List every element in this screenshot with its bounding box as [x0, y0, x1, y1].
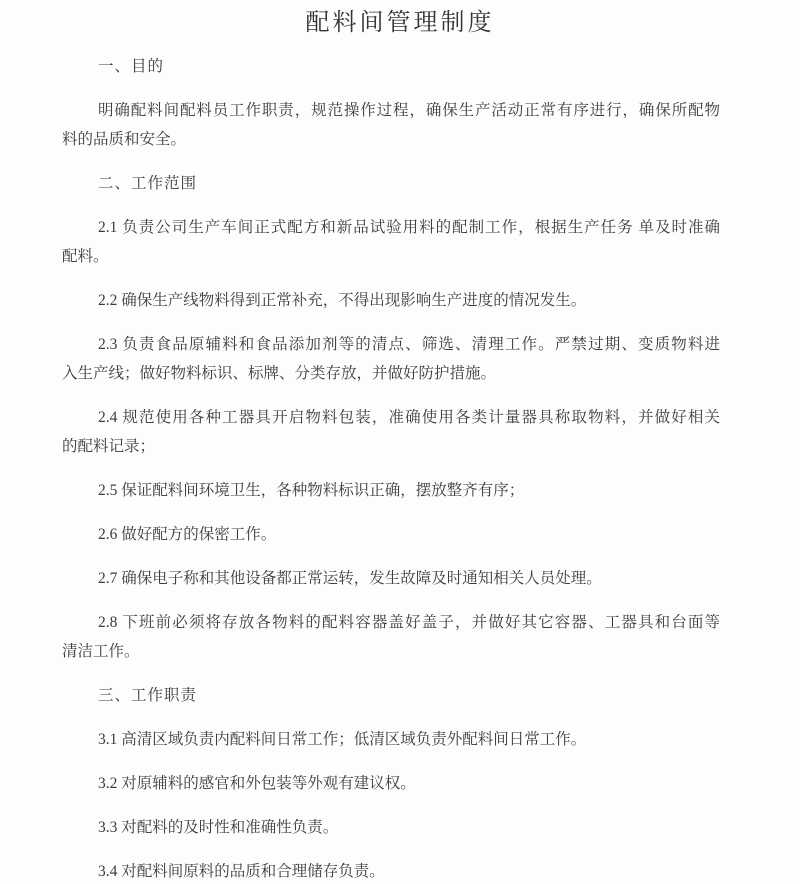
paragraph: 3.4 对配料间原料的品质和合理储存负责。	[62, 857, 720, 884]
paragraph: 2.1 负责公司生产车间正式配方和新品试验用料的配制工作，根据生产任务 单及时准…	[62, 213, 720, 271]
text-line: 2.6 做好配方的保密工作。	[62, 520, 720, 549]
section-heading: 三、工作职责	[62, 681, 720, 710]
text-line: 2.4 规范使用各种工器具开启物料包装，准确使用各类计量器具称取物料，并做好相关	[62, 403, 720, 432]
paragraph: 3.3 对配料的及时性和准确性负责。	[62, 813, 720, 842]
text-line: 2.8 下班前必须将存放各物料的配料容器盖好盖子，并做好其它容器、工器具和台面等	[62, 608, 720, 637]
text-line: 2.1 负责公司生产车间正式配方和新品试验用料的配制工作，根据生产任务 单及时准…	[62, 213, 720, 242]
paragraph: 2.7 确保电子称和其他设备都正常运转，发生故障及时通知相关人员处理。	[62, 564, 720, 593]
paragraph: 2.3 负责食品原辅料和食品添加剂等的清点、筛选、清理工作。严禁过期、变质物料进…	[62, 330, 720, 388]
section-heading: 一、目的	[62, 52, 720, 81]
paragraph: 3.1 高清区域负责内配料间日常工作；低清区域负责外配料间日常工作。	[62, 725, 720, 754]
paragraph: 2.2 确保生产线物料得到正常补充，不得出现影响生产进度的情况发生。	[62, 286, 720, 315]
paragraph: 2.5 保证配料间环境卫生，各种物料标识正确，摆放整齐有序；	[62, 476, 720, 505]
text-line: 3.1 高清区域负责内配料间日常工作；低清区域负责外配料间日常工作。	[62, 725, 720, 754]
text-line: 料的品质和安全。	[62, 125, 720, 154]
text-line: 入生产线；做好物料标识、标牌、分类存放，并做好防护措施。	[62, 359, 720, 388]
text-line: 3.4 对配料间原料的品质和合理储存负责。	[62, 857, 720, 884]
text-line: 清洁工作。	[62, 637, 720, 666]
text-line: 2.5 保证配料间环境卫生，各种物料标识正确，摆放整齐有序；	[62, 476, 720, 505]
document-page: 配料间管理制度 一、目的明确配料间配料员工作职责，规范操作过程，确保生产活动正常…	[0, 0, 800, 884]
paragraph: 2.4 规范使用各种工器具开启物料包装，准确使用各类计量器具称取物料，并做好相关…	[62, 403, 720, 461]
paragraph: 2.6 做好配方的保密工作。	[62, 520, 720, 549]
text-line: 2.3 负责食品原辅料和食品添加剂等的清点、筛选、清理工作。严禁过期、变质物料进	[62, 330, 720, 359]
text-line: 的配料记录；	[62, 432, 720, 461]
text-line: 明确配料间配料员工作职责，规范操作过程，确保生产活动正常有序进行，确保所配物	[62, 96, 720, 125]
text-line: 2.7 确保电子称和其他设备都正常运转，发生故障及时通知相关人员处理。	[62, 564, 720, 593]
text-line: 一、目的	[62, 52, 720, 81]
text-line: 2.2 确保生产线物料得到正常补充，不得出现影响生产进度的情况发生。	[62, 286, 720, 315]
text-line: 3.3 对配料的及时性和准确性负责。	[62, 813, 720, 842]
document-title: 配料间管理制度	[80, 8, 720, 38]
text-line: 3.2 对原辅料的感官和外包装等外观有建议权。	[62, 769, 720, 798]
text-line: 三、工作职责	[62, 681, 720, 710]
paragraph: 2.8 下班前必须将存放各物料的配料容器盖好盖子，并做好其它容器、工器具和台面等…	[62, 608, 720, 666]
section-heading: 二、工作范围	[62, 169, 720, 198]
document-body: 一、目的明确配料间配料员工作职责，规范操作过程，确保生产活动正常有序进行，确保所…	[62, 52, 720, 884]
text-line: 配料。	[62, 242, 720, 271]
text-line: 二、工作范围	[62, 169, 720, 198]
paragraph: 3.2 对原辅料的感官和外包装等外观有建议权。	[62, 769, 720, 798]
paragraph: 明确配料间配料员工作职责，规范操作过程，确保生产活动正常有序进行，确保所配物料的…	[62, 96, 720, 154]
